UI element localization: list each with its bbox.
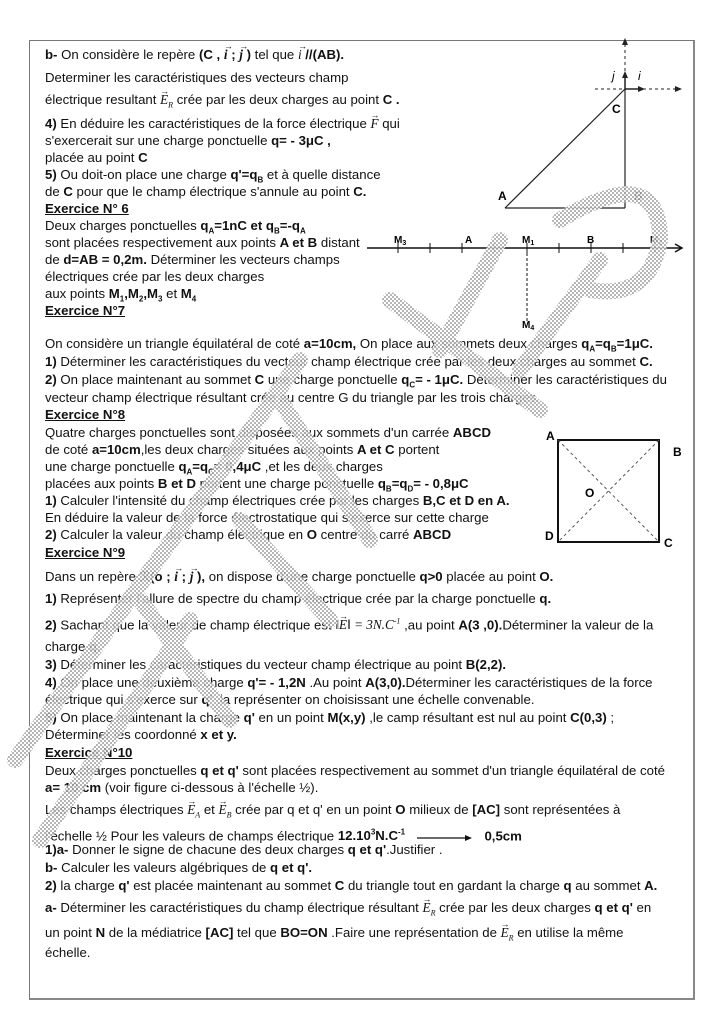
svg-text:M1: M1	[522, 235, 534, 247]
svg-text:M3: M3	[394, 235, 406, 247]
svg-text:C: C	[612, 102, 621, 116]
svg-text:A: A	[465, 235, 472, 246]
svg-text:M4: M4	[522, 320, 534, 332]
watermark	[15, 194, 660, 840]
svg-text:A: A	[498, 189, 507, 203]
svg-text:i: i	[638, 69, 641, 83]
svg-text:C: C	[664, 536, 673, 550]
square-figure: A B C D O	[545, 429, 682, 550]
svg-text:D: D	[545, 529, 554, 543]
svg-text:B: B	[587, 235, 594, 246]
triangle-figure: A B C j i	[498, 38, 682, 208]
svg-text:A: A	[546, 429, 555, 443]
figures-layer: A B C j i M3 A M1 B M2 M4 A B	[0, 0, 720, 1018]
svg-text:O: O	[585, 486, 594, 500]
svg-text:j: j	[610, 69, 615, 83]
svg-text:B: B	[673, 445, 682, 459]
